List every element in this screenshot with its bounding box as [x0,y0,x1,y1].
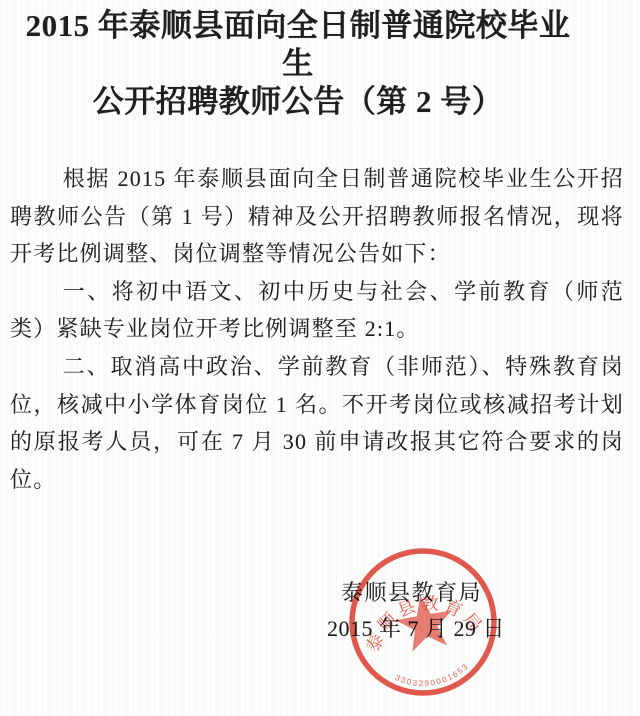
document-page: 2015 年泰顺县面向全日制普通院校毕业生 公开招聘教师公告（第 2 号） 根据… [0,0,640,716]
signature-date: 2015 年 7 月 29 日 [327,612,505,643]
paragraph-item-2: 二、取消高中政治、学前教育（非师范）、特殊教育岗位，核减中小学体育岗位 1 名。… [10,348,624,498]
document-body: 根据 2015 年泰顺县面向全日制普通院校毕业生公开招聘教师公告（第 1 号）精… [0,160,640,498]
paragraph-intro: 根据 2015 年泰顺县面向全日制普通院校毕业生公开招聘教师公告（第 1 号）精… [10,160,624,273]
paragraph-item-1: 一、将初中语文、初中历史与社会、学前教育（师范类）紧缺专业岗位开考比例调整至 2… [10,273,624,348]
document-title: 2015 年泰顺县面向全日制普通院校毕业生 公开招聘教师公告（第 2 号） [0,0,640,121]
seal-number: 3303290001653 [392,660,473,694]
document-title-line2: 公开招聘教师公告（第 2 号） [12,83,584,121]
signature-organization: 泰顺县教育局 [341,576,482,607]
document-title-line1: 2015 年泰顺县面向全日制普通院校毕业生 [12,7,584,83]
